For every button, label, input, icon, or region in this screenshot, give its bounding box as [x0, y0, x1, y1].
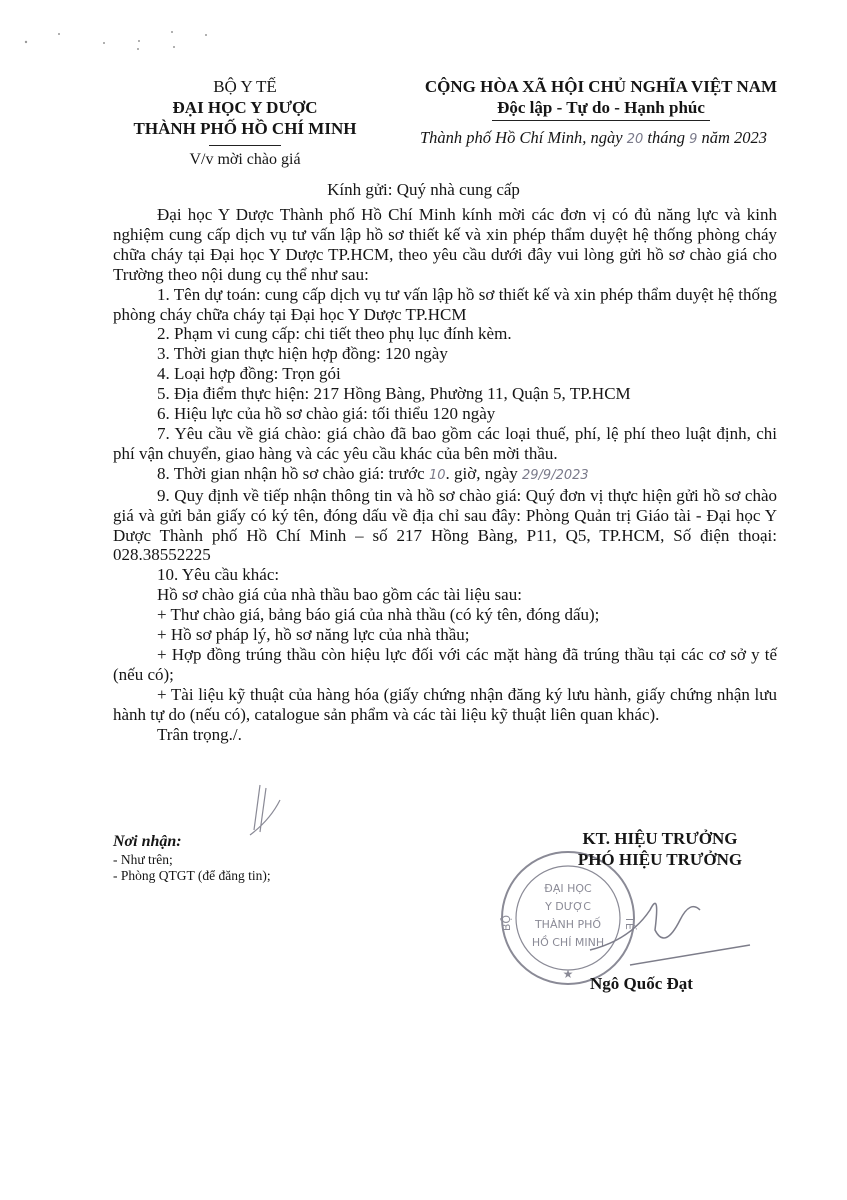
date-year: năm 2023: [702, 128, 768, 147]
document-date: Thành phố Hồ Chí Minh, ngày 20 tháng 9 n…: [420, 128, 800, 148]
item-2: 2. Phạm vi cung cấp: chi tiết theo phụ l…: [113, 324, 777, 344]
national-header: CỘNG HÒA XÃ HỘI CHỦ NGHĨA VIỆT NAM Độc l…: [408, 76, 794, 121]
signature-title-2: PHÓ HIỆU TRƯỞNG: [540, 849, 780, 870]
recipients-block: Nơi nhận: - Như trên; - Phòng QTGT (để đ…: [113, 832, 271, 884]
date-month-label: tháng: [647, 128, 685, 147]
item-10: 10. Yêu cầu khác:: [113, 565, 777, 585]
recipients-title: Nơi nhận:: [113, 832, 271, 852]
document-item: + Tài liệu kỹ thuật của hàng hóa (giấy c…: [113, 685, 777, 725]
item-8-mid: . giờ, ngày: [445, 464, 517, 483]
document-item: + Thư chào giá, bảng báo giá của nhà thầ…: [113, 605, 777, 625]
signer-name: Ngô Quốc Đạt: [590, 974, 693, 994]
item-3: 3. Thời gian thực hiện hợp đồng: 120 ngà…: [113, 344, 777, 364]
recipient-item: - Như trên;: [113, 852, 271, 868]
issuing-authority: BỘ Y TẾ ĐẠI HỌC Y DƯỢC THÀNH PHỐ HỒ CHÍ …: [100, 76, 390, 170]
university-name-line1: ĐẠI HỌC Y DƯỢC: [100, 97, 390, 118]
deadline-hour-handwritten: 10: [429, 468, 446, 483]
item-8: 8. Thời gian nhận hồ sơ chào giá: trước …: [113, 464, 777, 486]
header-divider: [209, 145, 281, 146]
item-7: 7. Yêu cầu về giá chào: giá chào đã bao …: [113, 424, 777, 464]
salutation: Kính gửi: Quý nhà cung cấp: [0, 180, 847, 200]
ministry-name: BỘ Y TẾ: [100, 76, 390, 97]
date-day-handwritten: 20: [627, 132, 644, 147]
recipient-item: - Phòng QTGT (để đăng tin);: [113, 868, 271, 884]
item-1: 1. Tên dự toán: cung cấp dịch vụ tư vấn …: [113, 285, 777, 325]
date-prefix: Thành phố Hồ Chí Minh, ngày: [420, 128, 623, 147]
item-6: 6. Hiệu lực của hồ sơ chào giá: tối thiể…: [113, 404, 777, 424]
letter-body: Đại học Y Dược Thành phố Hồ Chí Minh kín…: [113, 205, 777, 744]
item-8-prefix: 8. Thời gian nhận hồ sơ chào giá: trước: [157, 464, 425, 483]
closing: Trân trọng./.: [113, 725, 777, 745]
handwritten-signature: [570, 870, 770, 980]
deadline-date-handwritten: 29/9/2023: [522, 468, 589, 483]
item-9: 9. Quy định về tiếp nhận thông tin và hồ…: [113, 486, 777, 566]
svg-text:BỘ: BỘ: [500, 915, 513, 932]
national-motto: Độc lập - Tự do - Hạnh phúc: [408, 97, 794, 118]
scan-noise: [0, 0, 260, 70]
document-item: + Hồ sơ pháp lý, hồ sơ năng lực của nhà …: [113, 625, 777, 645]
document-subject: V/v mời chào giá: [100, 150, 390, 170]
intro-paragraph: Đại học Y Dược Thành phố Hồ Chí Minh kín…: [113, 205, 777, 285]
motto-underline: [492, 120, 710, 121]
national-title: CỘNG HÒA XÃ HỘI CHỦ NGHĨA VIỆT NAM: [408, 76, 794, 97]
signature-title-1: KT. HIỆU TRƯỞNG: [540, 828, 780, 849]
item-4: 4. Loại hợp đồng: Trọn gói: [113, 364, 777, 384]
signature-block: KT. HIỆU TRƯỞNG PHÓ HIỆU TRƯỞNG: [540, 828, 780, 980]
initial-signature-mark: [240, 780, 300, 840]
item-5: 5. Địa điểm thực hiện: 217 Hồng Bàng, Ph…: [113, 384, 777, 404]
date-month-handwritten: 9: [689, 132, 697, 147]
document-item: + Hợp đồng trúng thầu còn hiệu lực đối v…: [113, 645, 777, 685]
university-name-line2: THÀNH PHỐ HỒ CHÍ MINH: [100, 118, 390, 139]
documents-intro: Hồ sơ chào giá của nhà thầu bao gồm các …: [113, 585, 777, 605]
